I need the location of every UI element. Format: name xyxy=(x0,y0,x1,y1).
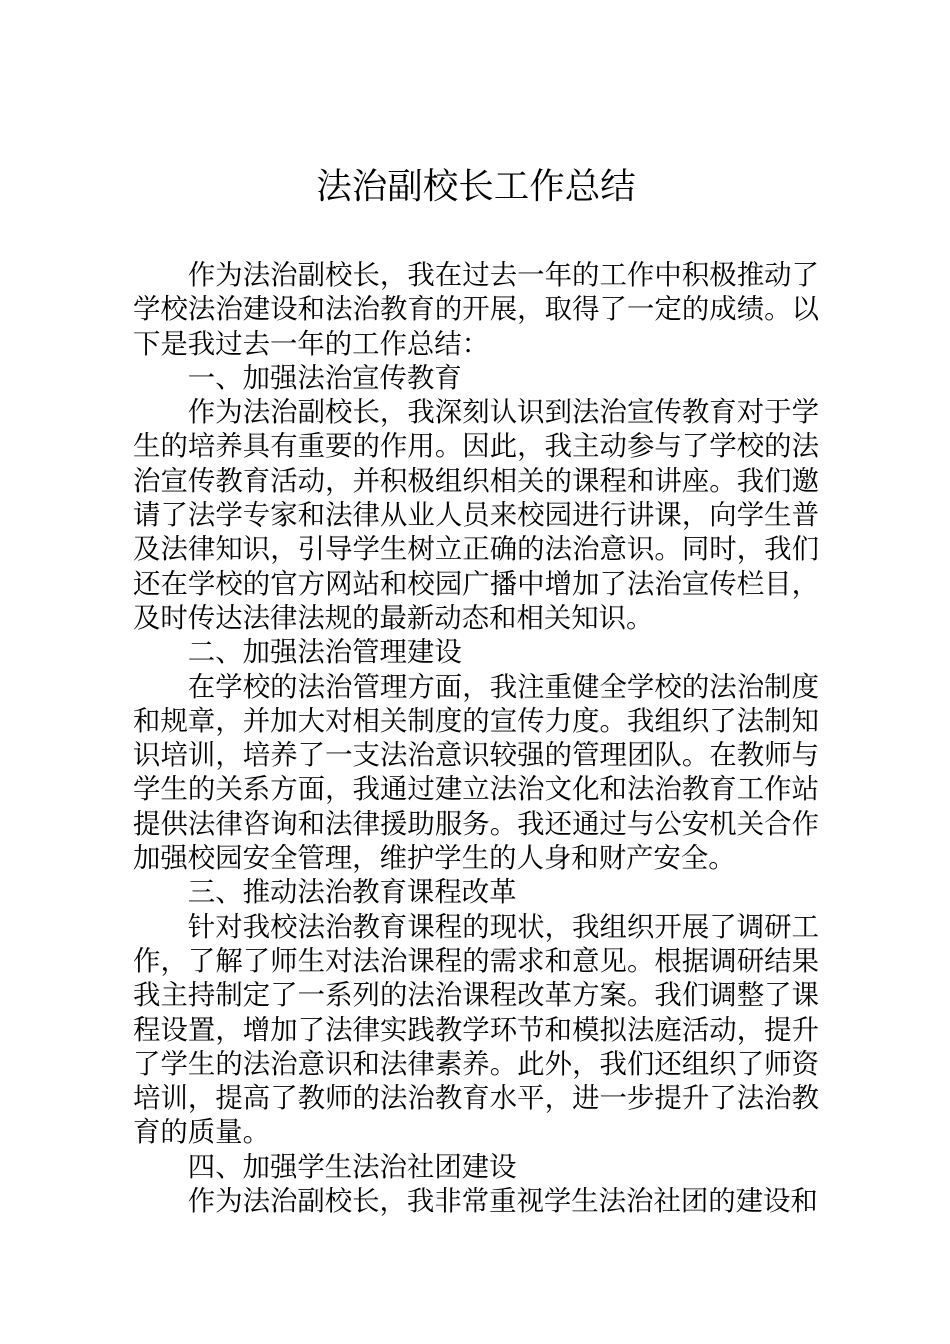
paragraph-section-4: 作为法治副校长，我非常重视学生法治社团的建设和 xyxy=(133,1184,819,1218)
section-heading-2: 二、加强法治管理建设 xyxy=(133,635,819,669)
paragraph-intro: 作为法治副校长，我在过去一年的工作中积极推动了学校法治建设和法治教育的开展，取得… xyxy=(133,258,819,361)
paragraph-section-1: 作为法治副校长，我深刻认识到法治宣传教育对于学生的培养具有重要的作用。因此，我主… xyxy=(133,395,819,635)
document-body: 作为法治副校长，我在过去一年的工作中积极推动了学校法治建设和法治教育的开展，取得… xyxy=(133,258,819,1218)
document-page: 法治副校长工作总结 作为法治副校长，我在过去一年的工作中积极推动了学校法治建设和… xyxy=(0,0,950,1344)
document-title: 法治副校长工作总结 xyxy=(133,163,819,209)
section-heading-3: 三、推动法治教育课程改革 xyxy=(133,875,819,909)
document-content: 法治副校长工作总结 作为法治副校长，我在过去一年的工作中积极推动了学校法治建设和… xyxy=(133,0,819,1218)
paragraph-section-3: 针对我校法治教育课程的现状，我组织开展了调研工作，了解了师生对法治课程的需求和意… xyxy=(133,910,819,1150)
paragraph-section-2: 在学校的法治管理方面，我注重健全学校的法治制度和规章，并加大对相关制度的宣传力度… xyxy=(133,670,819,876)
section-heading-1: 一、加强法治宣传教育 xyxy=(133,361,819,395)
section-heading-4: 四、加强学生法治社团建设 xyxy=(133,1150,819,1184)
